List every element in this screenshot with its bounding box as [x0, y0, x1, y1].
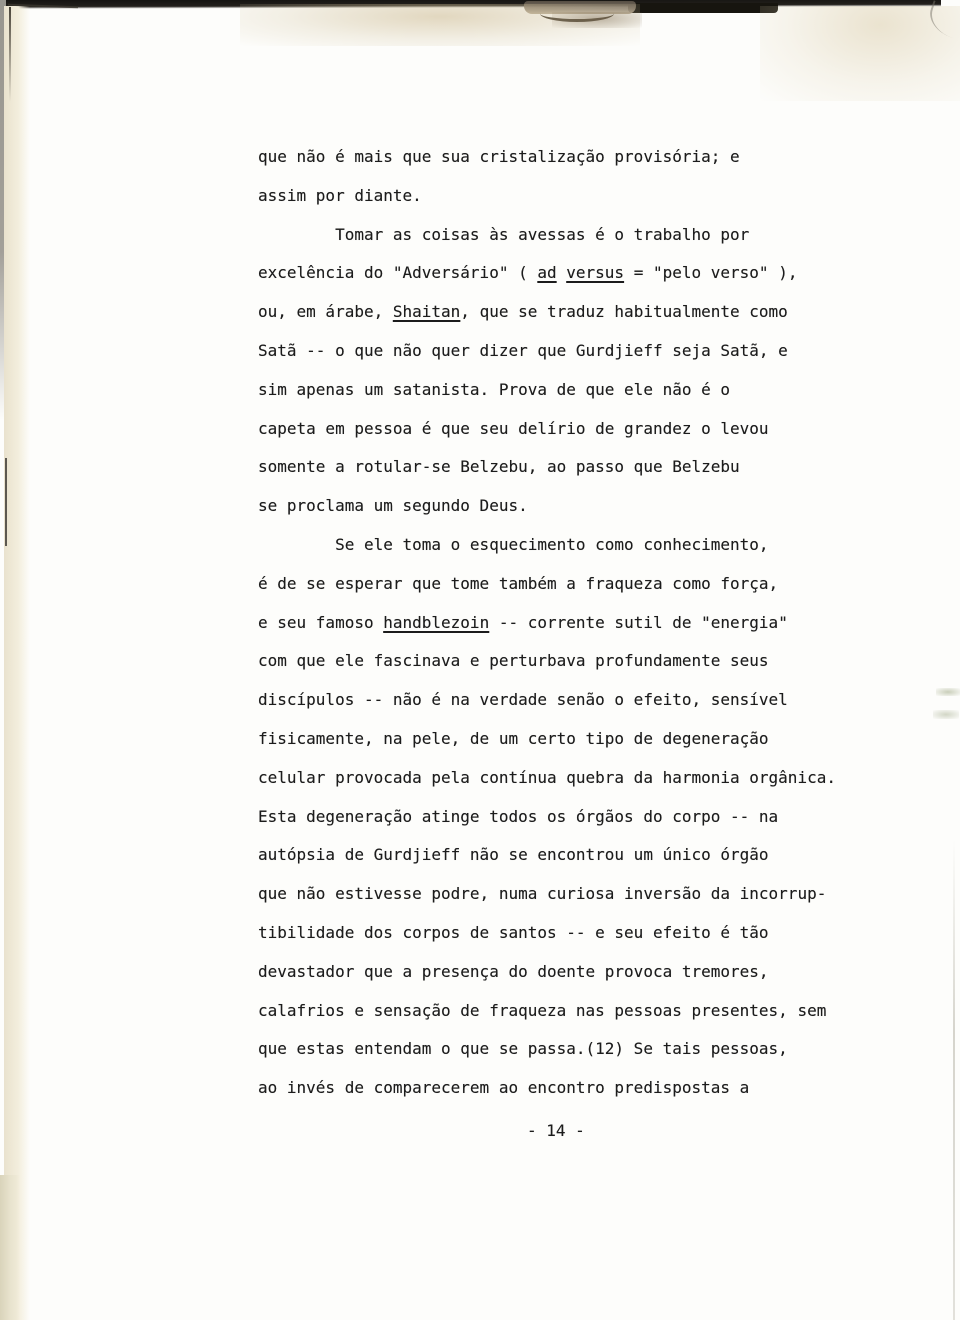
text-segment: somente a rotular-se Belzebu, ao passo q…: [258, 457, 740, 476]
page-number: - 14 -: [527, 1112, 585, 1151]
text-segment: que estas entendam o que se passa.(12) S…: [258, 1039, 788, 1058]
text-segment: devastador que a presença do doente prov…: [258, 962, 769, 981]
text-segment: autópsia de Gurdjieff não se encontrou u…: [258, 845, 769, 864]
text-segment: Esta degeneração atinge todos os órgãos …: [258, 807, 778, 826]
text-line: autópsia de Gurdjieff não se encontrou u…: [258, 836, 836, 875]
text-line: Tomar as coisas às avessas é o trabalho …: [258, 216, 836, 255]
text-line: calafrios e sensação de fraqueza nas pes…: [258, 992, 836, 1031]
text-line: fisicamente, na pele, de um certo tipo d…: [258, 720, 836, 759]
text-segment: [557, 263, 567, 282]
text-segment: com que ele fascinava e perturbava profu…: [258, 651, 769, 670]
underlined-term: versus: [566, 263, 624, 282]
text-segment: ou, em árabe,: [258, 302, 393, 321]
text-segment: , que se traduz habitualmente como: [460, 302, 788, 321]
text-line: e seu famoso handblezoin -- corrente sut…: [258, 604, 836, 643]
page-edge-bottom-left: [0, 1175, 20, 1320]
text-line: ao invés de comparecerem ao encontro pre…: [258, 1069, 836, 1108]
text-line: ou, em árabe, Shaitan, que se traduz hab…: [258, 293, 836, 332]
text-segment: fisicamente, na pele, de um certo tipo d…: [258, 729, 769, 748]
text-segment: tibilidade dos corpos de santos -- e seu…: [258, 923, 769, 942]
text-segment: ao invés de comparecerem ao encontro pre…: [258, 1078, 749, 1097]
text-line: com que ele fascinava e perturbava profu…: [258, 642, 836, 681]
text-segment: e seu famoso: [258, 613, 383, 632]
scanned-page: que não é mais que sua cristalização pro…: [0, 0, 960, 1320]
right-margin-smudge: [936, 688, 960, 696]
page-corner-line-vertical: [9, 7, 11, 102]
text-segment: calafrios e sensação de fraqueza nas pes…: [258, 1001, 826, 1020]
text-segment: é de se esperar que tome também a fraque…: [258, 574, 778, 593]
text-line: se proclama um segundo Deus.: [258, 487, 836, 526]
text-segment: excelência do "Adversário" (: [258, 263, 537, 282]
paper-stain-under-clip: [552, 12, 642, 28]
text-line: devastador que a presença do doente prov…: [258, 953, 836, 992]
text-line: que não estivesse podre, numa curiosa in…: [258, 875, 836, 914]
text-segment: que não é mais que sua cristalização pro…: [258, 147, 740, 166]
text-line: somente a rotular-se Belzebu, ao passo q…: [258, 448, 836, 487]
text-line: celular provocada pela contínua quebra d…: [258, 759, 836, 798]
text-segment: sim apenas um satanista. Prova de que el…: [258, 380, 730, 399]
text-line: Se ele toma o esquecimento como conhecim…: [258, 526, 836, 565]
text-line: sim apenas um satanista. Prova de que el…: [258, 371, 836, 410]
text-line: excelência do "Adversário" ( ad versus =…: [258, 254, 836, 293]
underlined-term: ad: [537, 263, 556, 282]
text-segment: Tomar as coisas às avessas é o trabalho …: [258, 225, 749, 244]
text-segment: assim por diante.: [258, 186, 422, 205]
text-segment: capeta em pessoa é que seu delírio de gr…: [258, 419, 769, 438]
text-segment: = "pelo verso" ),: [624, 263, 797, 282]
paper-stain-top-right: [760, 6, 960, 101]
underlined-term: Shaitan: [393, 302, 460, 321]
right-margin-smudge: [933, 710, 959, 719]
text-line: assim por diante.: [258, 177, 836, 216]
text-segment: discípulos -- não é na verdade senão o e…: [258, 690, 788, 709]
text-line: Satã -- o que não quer dizer que Gurdjie…: [258, 332, 836, 371]
typed-lines: que não é mais que sua cristalização pro…: [258, 138, 836, 1108]
text-line: é de se esperar que tome também a fraque…: [258, 565, 836, 604]
text-segment: se proclama um segundo Deus.: [258, 496, 528, 515]
underlined-term: handblezoin: [383, 613, 489, 632]
page-edge-left-cream: [4, 6, 30, 1320]
text-segment: celular provocada pela contínua quebra d…: [258, 768, 836, 787]
text-line: que estas entendam o que se passa.(12) S…: [258, 1030, 836, 1069]
text-line: discípulos -- não é na verdade senão o e…: [258, 681, 836, 720]
text-segment: Se ele toma o esquecimento como conhecim…: [258, 535, 769, 554]
text-line: que não é mais que sua cristalização pro…: [258, 138, 836, 177]
scan-edge-top-bar-thick: [628, 3, 778, 13]
text-line: capeta em pessoa é que seu delírio de gr…: [258, 410, 836, 449]
text-segment: Satã -- o que não quer dizer que Gurdjie…: [258, 341, 788, 360]
text-line: tibilidade dos corpos de santos -- e seu…: [258, 914, 836, 953]
text-segment: que não estivesse podre, numa curiosa in…: [258, 884, 826, 903]
text-segment: -- corrente sutil de "energia": [489, 613, 788, 632]
left-edge-dark-tick: [5, 458, 7, 546]
text-line: Esta degeneração atinge todos os órgãos …: [258, 798, 836, 837]
scan-edge-right-line: [953, 840, 955, 1320]
